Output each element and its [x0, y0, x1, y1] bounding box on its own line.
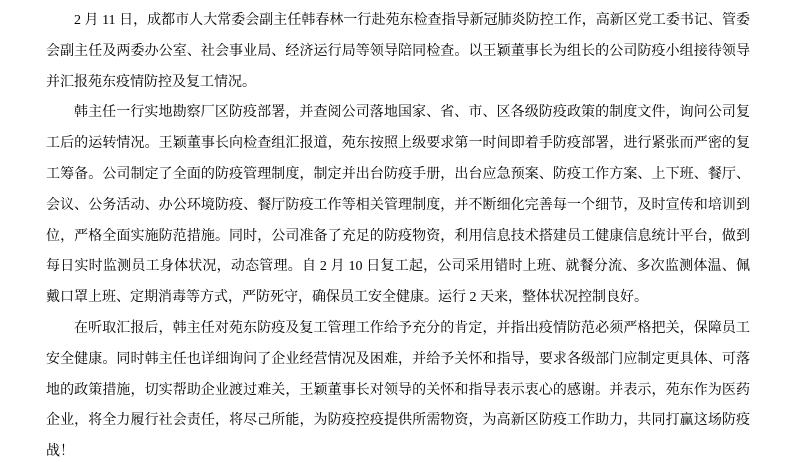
- paragraph-visit-overview: 2 月 11 日，成都市人大常委会副主任韩春林一行赴苑东检查指导新冠肺炎防控工作…: [46, 6, 750, 98]
- document-page: 2 月 11 日，成都市人大常委会副主任韩春林一行赴苑东检查指导新冠肺炎防控工作…: [0, 0, 790, 462]
- paragraph-inspection-report: 韩主任一行实地勘察厂区防疫部署，并查阅公司落地国家、省、市、区各级防疫政策的制度…: [46, 98, 750, 314]
- paragraph-feedback-conclusion: 在听取汇报后，韩主任对苑东防疫及复工管理工作给予充分的肯定，并指出疫情防范必须严…: [46, 314, 750, 462]
